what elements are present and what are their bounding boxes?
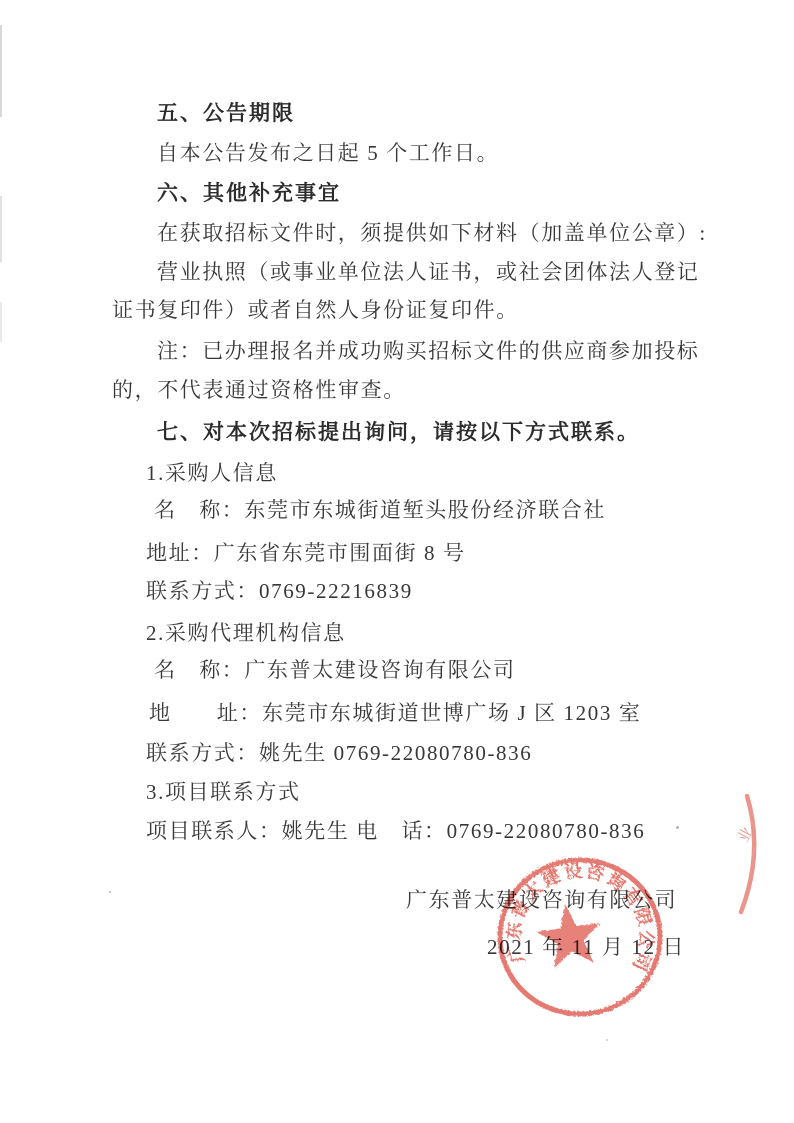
agency-contact: 联系方式：姚先生 0769-22080780-836: [112, 740, 736, 767]
edge-seal-arc: [741, 796, 754, 912]
paragraph-notice-period: 自本公告发布之日起 5 个工作日。: [112, 140, 747, 167]
project-contact-title: 3.项目联系方式: [112, 779, 736, 806]
scan-speck: [606, 1039, 608, 1041]
scan-edge-artifact: [0, 25, 2, 117]
company-seal: 广东普太建设咨询有限公司: [494, 852, 666, 1024]
agency-address: 地 址：东莞市东城街道世博广场 J 区 1203 室: [112, 700, 739, 727]
purchaser-address: 地址：广东省东莞市围面街 8 号: [112, 540, 736, 567]
section-heading-6: 六、其他补充事宜: [112, 180, 747, 207]
paragraph-note-1: 注：已办理报名并成功购买招标文件的供应商参加投标: [112, 338, 747, 365]
purchaser-contact: 联系方式：0769-22216839: [112, 578, 736, 605]
paragraph-license-2: 证书复印件）或者自然人身份证复印件。: [112, 297, 702, 324]
scan-edge-artifact: [0, 302, 2, 342]
paragraph-license-1: 营业执照（或事业单位法人证书，或社会团体法人登记: [112, 259, 747, 286]
agency-name: 名 称：广东普太建设咨询有限公司: [112, 657, 744, 684]
section-heading-7: 七、对本次招标提出询问，请按以下方式联系。: [112, 419, 747, 446]
seal-star-icon: [533, 900, 606, 970]
paragraph-materials: 在获取招标文件时，须提供如下材料（加盖单位公章）:: [112, 220, 747, 247]
agency-info-title: 2.采购代理机构信息: [112, 620, 736, 647]
purchaser-info-title: 1.采购人信息: [112, 460, 736, 487]
document-page: 五、公告期限 自本公告发布之日起 5 个工作日。 六、其他补充事宜 在获取招标文…: [0, 0, 794, 1123]
edge-seal-fragment: 业: [718, 788, 794, 920]
scan-edge-artifact: [0, 196, 2, 262]
project-contact-person: 项目联系人：姚先生 电 话：0769-22080780-836: [112, 818, 736, 845]
paragraph-note-2: 的，不代表通过资格性审查。: [112, 377, 702, 404]
section-heading-5: 五、公告期限: [112, 100, 747, 127]
purchaser-name: 名 称：东莞市东城街道堑头股份经济联合社: [112, 497, 744, 524]
scan-speck: [109, 891, 111, 893]
